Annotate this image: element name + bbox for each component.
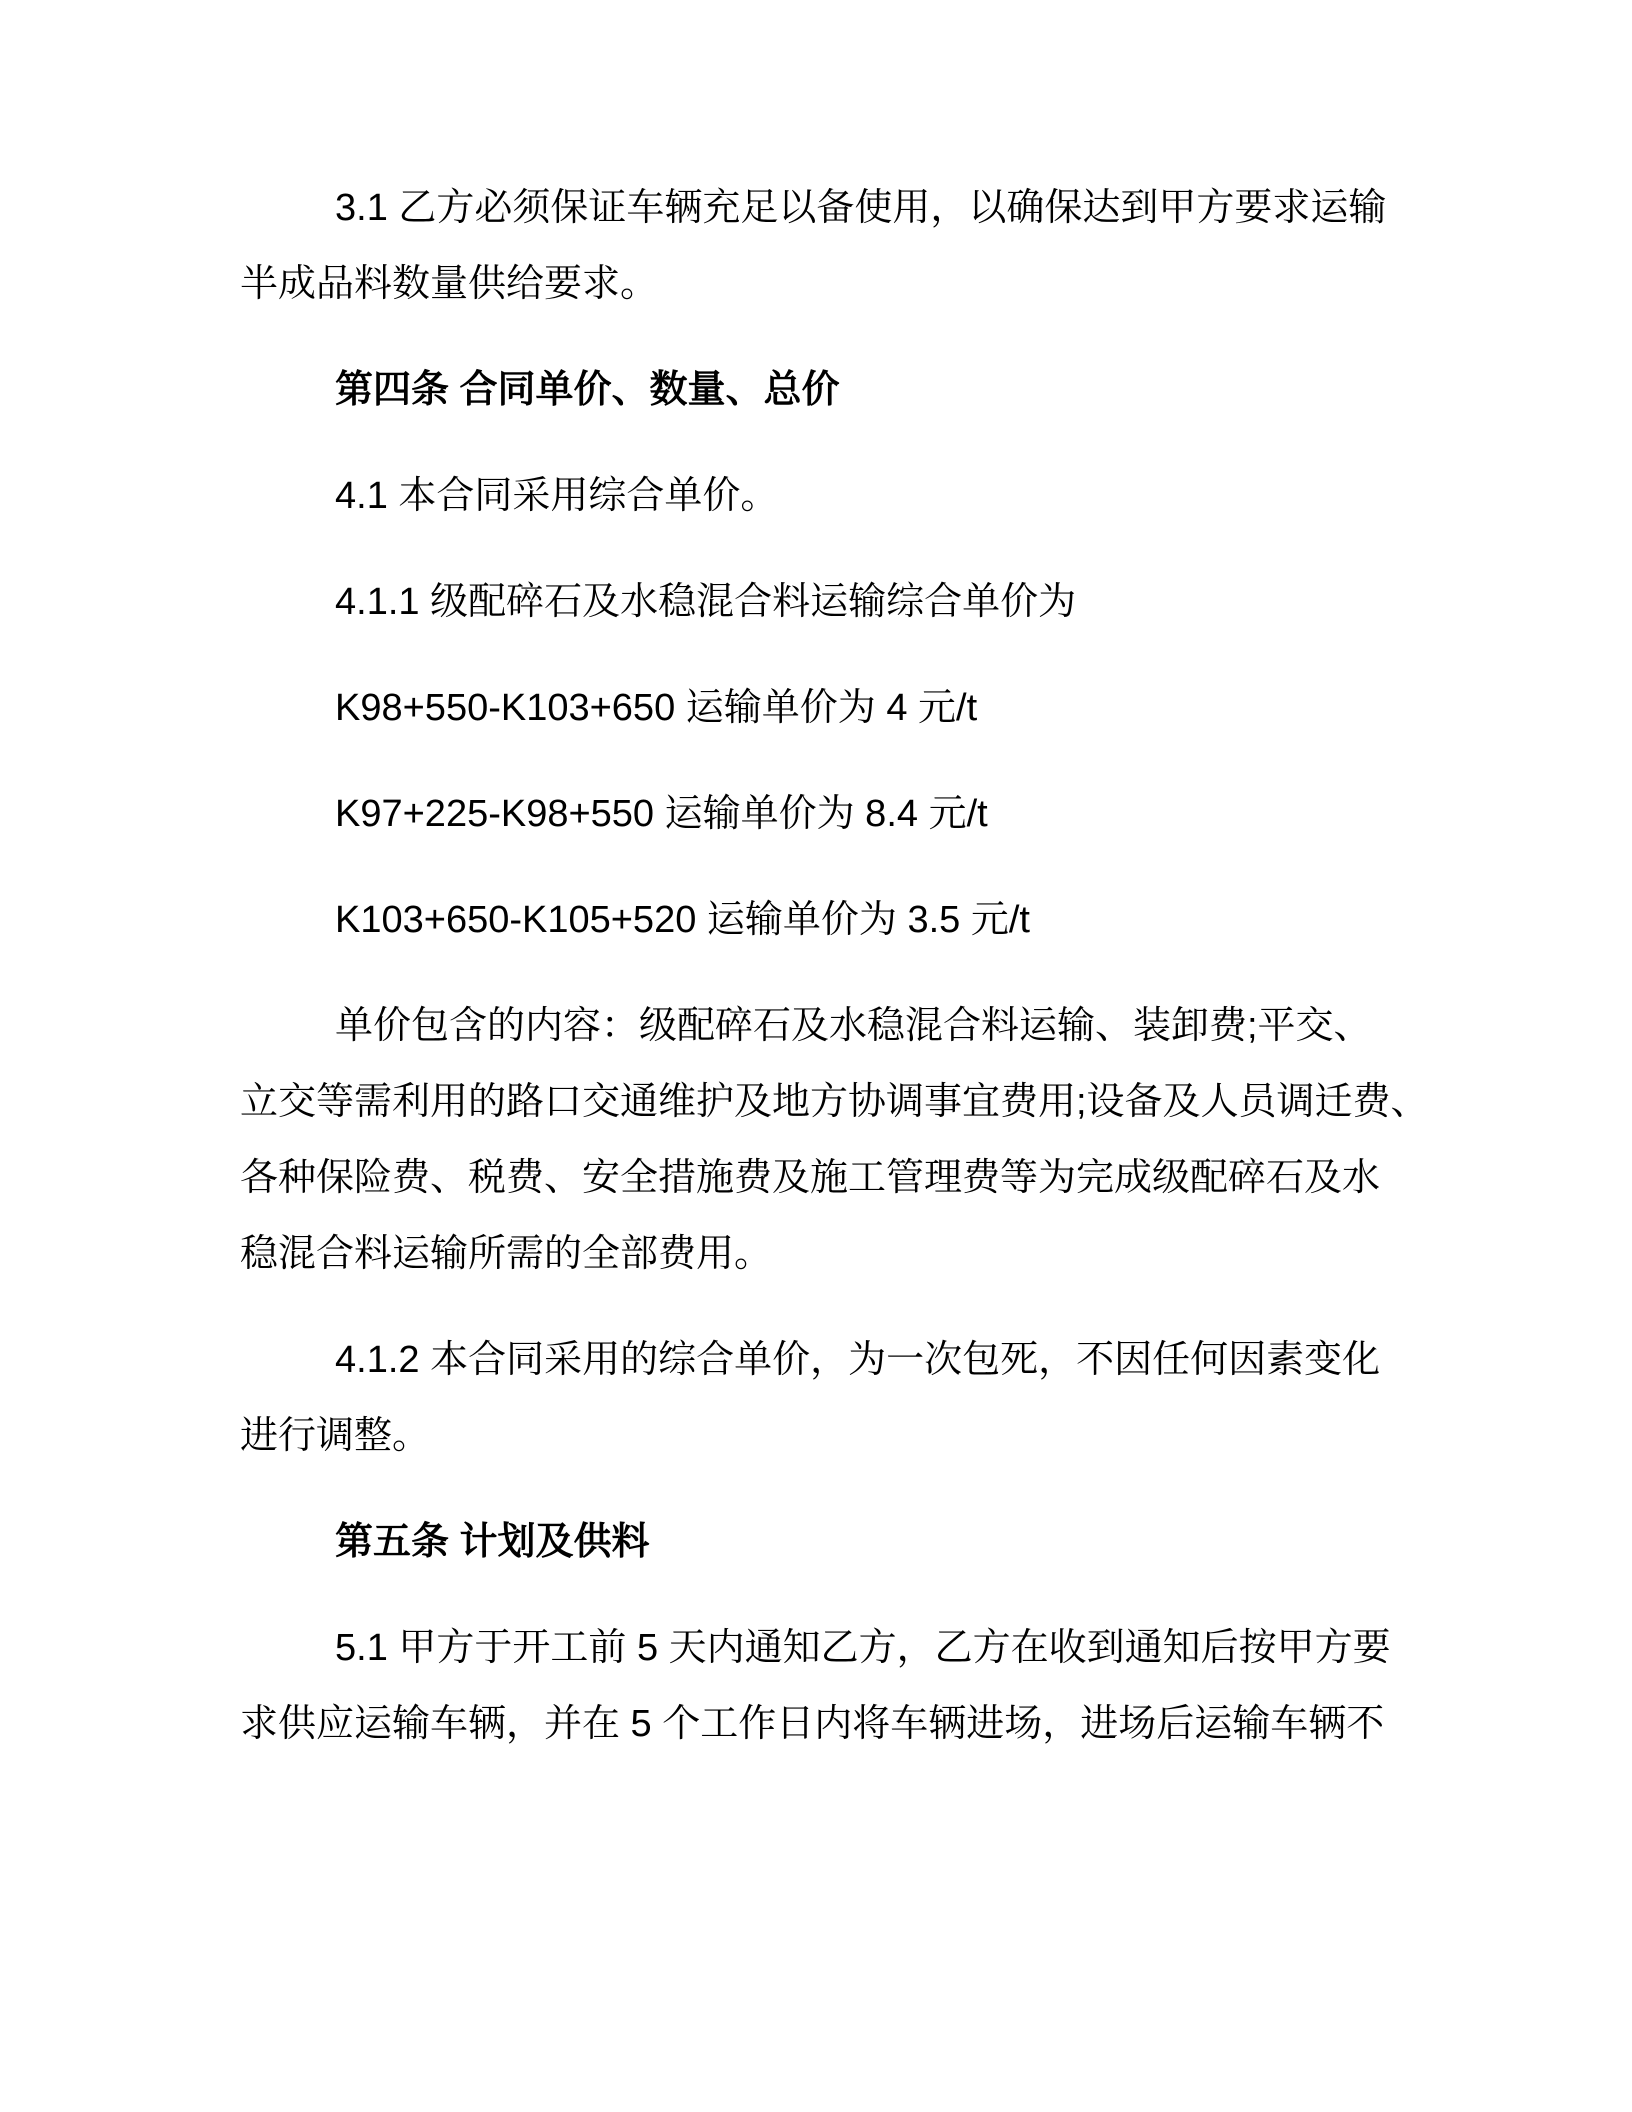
document-body: 3.1 乙方必须保证车辆充足以备使用，以确保达到甲方要求运输 半成品料数量供给要…: [240, 170, 1410, 1792]
text-line: 半成品料数量供给要求。: [240, 246, 1410, 322]
text-line: 4.1 本合同采用综合单价。: [240, 458, 1410, 534]
text-line: 5.1 甲方于开工前 5 天内通知乙方，乙方在收到通知后按甲方要: [240, 1610, 1410, 1686]
text-line: K98+550-K103+650 运输单价为 4 元/t: [240, 670, 1410, 746]
heading-line: 第四条 合同单价、数量、总价: [240, 352, 1410, 428]
paragraph-price-includes: 单价包含的内容：级配碎石及水稳混合料运输、装卸费;平交、 立交等需利用的路口交通…: [240, 988, 1410, 1292]
paragraph-4-1-1: 4.1.1 级配碎石及水稳混合料运输综合单价为: [240, 564, 1410, 640]
paragraph-price-k97: K97+225-K98+550 运输单价为 8.4 元/t: [240, 776, 1410, 852]
text-line: 4.1.1 级配碎石及水稳混合料运输综合单价为: [240, 564, 1410, 640]
text-line: 各种保险费、税费、安全措施费及施工管理费等为完成级配碎石及水: [240, 1140, 1410, 1216]
text-line: 进行调整。: [240, 1398, 1410, 1474]
text-line: 求供应运输车辆，并在 5 个工作日内将车辆进场，进场后运输车辆不: [240, 1686, 1410, 1762]
paragraph-price-k103: K103+650-K105+520 运输单价为 3.5 元/t: [240, 882, 1410, 958]
text-line: 3.1 乙方必须保证车辆充足以备使用，以确保达到甲方要求运输: [240, 170, 1410, 246]
text-line: 4.1.2 本合同采用的综合单价，为一次包死，不因任何因素变化: [240, 1322, 1410, 1398]
document-page: 3.1 乙方必须保证车辆充足以备使用，以确保达到甲方要求运输 半成品料数量供给要…: [0, 0, 1632, 2112]
section-heading-article-4: 第四条 合同单价、数量、总价: [240, 352, 1410, 428]
text-line: K97+225-K98+550 运输单价为 8.4 元/t: [240, 776, 1410, 852]
paragraph-5-1: 5.1 甲方于开工前 5 天内通知乙方，乙方在收到通知后按甲方要 求供应运输车辆…: [240, 1610, 1410, 1762]
text-line: 单价包含的内容：级配碎石及水稳混合料运输、装卸费;平交、: [240, 988, 1410, 1064]
section-heading-article-5: 第五条 计划及供料: [240, 1504, 1410, 1580]
paragraph-4-1-2: 4.1.2 本合同采用的综合单价，为一次包死，不因任何因素变化 进行调整。: [240, 1322, 1410, 1474]
text-line: 稳混合料运输所需的全部费用。: [240, 1216, 1410, 1292]
paragraph-4-1: 4.1 本合同采用综合单价。: [240, 458, 1410, 534]
text-line: K103+650-K105+520 运输单价为 3.5 元/t: [240, 882, 1410, 958]
paragraph-3-1: 3.1 乙方必须保证车辆充足以备使用，以确保达到甲方要求运输 半成品料数量供给要…: [240, 170, 1410, 322]
paragraph-price-k98: K98+550-K103+650 运输单价为 4 元/t: [240, 670, 1410, 746]
heading-line: 第五条 计划及供料: [240, 1504, 1410, 1580]
text-line: 立交等需利用的路口交通维护及地方协调事宜费用;设备及人员调迁费、: [240, 1064, 1410, 1140]
